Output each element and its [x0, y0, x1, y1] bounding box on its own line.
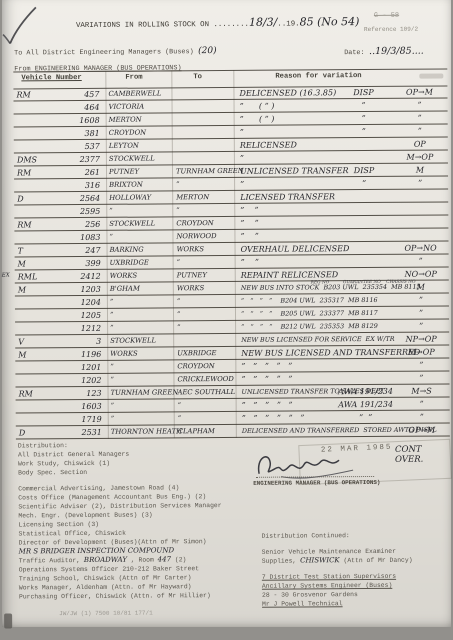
- vehicle-class-cell: RM: [17, 167, 31, 178]
- handwritten-note: MR S BRIDGER INSPECTION COMPOUND: [19, 546, 174, 555]
- vehicle-number-cell: 2595: [42, 206, 100, 217]
- status-cell: OP: [394, 138, 446, 149]
- continued-over-note: CONT OVER.: [395, 444, 452, 464]
- vehicle-number-cell: 261: [42, 167, 100, 178]
- col-header-reason: Reason for variation: [275, 72, 361, 81]
- distribution-line: Supplies, CHISWICK (Attn of Mr Dancy): [262, 556, 413, 566]
- from-cell: MERTON: [109, 114, 171, 125]
- distribution-line: Distribution Continued:: [262, 531, 413, 541]
- code-cell: ” ”: [338, 412, 394, 423]
- typed-text: Distribution:: [18, 442, 68, 449]
- status-cell: ”: [396, 398, 448, 409]
- reference-text: Reference 109/2: [364, 26, 418, 33]
- to-cell: ”: [176, 205, 234, 216]
- distribution-list: Distribution:All District General Manage…: [18, 440, 222, 601]
- to-cell: CRICKLEWOOD: [177, 374, 235, 385]
- from-cell: ”: [111, 400, 173, 411]
- vehicle-class-cell: V: [18, 336, 24, 347]
- typed-text: Works Manager, Aldenham (Attn. of Mr Hay…: [19, 583, 192, 591]
- typed-text: Costs Office (Management Accountant Bus …: [18, 493, 206, 501]
- title-date-handwritten: 18/3/: [249, 16, 278, 29]
- from-cell: ”: [110, 296, 172, 307]
- typed-text: Body Spec. Section: [18, 469, 87, 476]
- vehicle-class-cell: RM: [19, 388, 33, 399]
- typed-text: Work Study, Chiswick (1): [18, 460, 110, 468]
- from-cell: B'GHAM: [110, 283, 172, 294]
- date-line: Date: ..19/3/85....: [344, 41, 424, 60]
- vehicle-number-cell: 1719: [44, 414, 102, 425]
- to-cell: TURNHAM GREEN: [176, 166, 234, 177]
- typed-text: Statistical Office, Chiswick: [19, 530, 126, 538]
- handwritten-note: BROADWAY: [84, 556, 127, 564]
- from-cell: CROYDON: [109, 127, 171, 138]
- typed-text: Scientific Adviser (2), Distribution Ser…: [18, 502, 221, 510]
- vehicle-class-cell: D: [17, 193, 23, 204]
- title-line: VARIATIONS IN ROLLING STOCK ON ........1…: [76, 12, 360, 32]
- distribution-continued-list: Distribution Continued:Senior Vehicle Ma…: [262, 531, 413, 609]
- status-cell: ”: [396, 411, 448, 422]
- to-cell: UXBRIDGE: [177, 348, 235, 359]
- vehicle-number-cell: 1203: [43, 284, 101, 295]
- scan-edge-artifact: [4, 614, 12, 629]
- handwritten-note: 447: [158, 555, 171, 563]
- typed-text: Commercial Advertising, Jamestown Road (…: [18, 484, 179, 492]
- vehicle-class-cell: M: [18, 258, 26, 269]
- vehicle-number-cell: 2377: [42, 154, 100, 165]
- to-cell: CROYDON: [177, 361, 235, 372]
- vehicle-class-cell: T: [18, 245, 23, 256]
- to-cell: CLAPHAM: [178, 426, 236, 437]
- to-cell: MERTON: [176, 192, 234, 203]
- from-cell: VICTORIA: [109, 101, 171, 112]
- from-cell: WORKS: [110, 348, 172, 359]
- vehicle-number-cell: 1603: [44, 401, 102, 412]
- typed-text: Senior Vehicle Maintenance Examiner: [262, 548, 396, 556]
- vehicle-number-cell: 3: [43, 336, 101, 347]
- vehicle-number-cell: 1196: [43, 349, 101, 360]
- date-value-handwritten: ..19/3/85....: [369, 46, 424, 57]
- vehicle-number-cell: 457: [41, 89, 99, 100]
- vehicle-number-cell: 1204: [43, 297, 101, 308]
- vehicle-number-cell: 381: [42, 128, 100, 139]
- status-cell: ”: [394, 99, 446, 110]
- signer-title: ENGINEERING MANAGER (BUS OPERATIONS): [253, 479, 380, 487]
- title-year-prefix: ..19.: [277, 20, 299, 28]
- col-header-from: From: [125, 74, 142, 82]
- vehicle-class-cell: M: [18, 284, 26, 295]
- status-cell: ”: [395, 307, 447, 318]
- to-cell: PUTNEY: [177, 270, 235, 281]
- typed-text: Traffic Auditor,: [19, 557, 84, 564]
- vehicle-class-cell: D: [19, 427, 25, 438]
- vehicle-number-cell: 256: [42, 219, 100, 230]
- variations-table: RM457CAMBERWELLDELICENSED (16.3.85)DISPO…: [13, 84, 449, 439]
- from-cell: BARKING: [110, 244, 172, 255]
- code-cell: ”: [336, 126, 392, 137]
- status-cell: OP→NO: [395, 242, 447, 253]
- from-cell: ”: [111, 413, 173, 424]
- status-cell: M: [395, 281, 447, 292]
- from-cell: STOCKWELL: [110, 335, 172, 346]
- typed-text: , Room: [127, 556, 158, 563]
- typed-text: Director of Development (Buses)(Attn of …: [19, 538, 207, 546]
- from-cell: ”: [110, 309, 172, 320]
- vehicle-number-cell: 1608: [42, 115, 100, 126]
- typed-text: Ancillary Systems Engineer (Buses): [262, 582, 392, 590]
- table-row: D2531THORNTON HEATHCLAPHAMDELICENSED AND…: [16, 422, 450, 439]
- margin-note: EX: [2, 271, 10, 282]
- status-cell: ”: [395, 294, 447, 305]
- from-cell: PUTNEY: [109, 166, 171, 177]
- from-cell: ”: [109, 205, 171, 216]
- vehicle-number-cell: 464: [42, 102, 100, 113]
- vehicle-number-cell: 2564: [42, 193, 100, 204]
- status-cell: NP→OP: [395, 333, 447, 344]
- to-cell: NORWOOD: [176, 231, 234, 242]
- status-cell: ”: [395, 255, 447, 266]
- status-cell: ”: [395, 359, 447, 370]
- typed-text: Training School, Chiswick (Attn of Mr Ca…: [19, 574, 192, 582]
- footer-print-code: JW/JW (1) 7500 10/81 177/1: [59, 610, 153, 618]
- status-cell: ”: [395, 320, 447, 331]
- to-cell: ”: [177, 309, 235, 320]
- vehicle-class-cell: M: [18, 349, 26, 360]
- typed-text: Purchasing Officer, Chiswick (Attn. of M…: [19, 592, 211, 600]
- code-cell: AWA 191/234: [338, 399, 394, 410]
- typed-text: (2): [171, 556, 186, 563]
- vehicle-number-cell: 537: [42, 141, 100, 152]
- to-cell: WORKS: [177, 283, 235, 294]
- distribution-line: Purchasing Officer, Chiswick (Attn. of M…: [19, 591, 222, 601]
- typed-text: 7 District Test Station Supervisors: [262, 573, 396, 581]
- struck-code: G - 58: [374, 12, 399, 20]
- status-cell: OP→M: [396, 424, 448, 435]
- vehicle-number-cell: 1083: [42, 232, 100, 243]
- typed-text: Supplies,: [262, 557, 300, 564]
- from-cell: ”: [110, 361, 172, 372]
- to-cell: AEC SOUTHALL: [178, 387, 236, 398]
- from-cell: BRIXTON: [109, 179, 171, 190]
- status-cell: ”: [394, 177, 446, 188]
- code-cell: DISP: [336, 165, 392, 176]
- to-cell: ”: [177, 296, 235, 307]
- to-cell: ”: [177, 257, 235, 268]
- status-cell: ”: [394, 112, 446, 123]
- typed-text: All District General Managers: [18, 451, 129, 459]
- from-cell: CAMBERWELL: [108, 88, 170, 99]
- to-cell: ”: [178, 413, 236, 424]
- paper-sheet: VARIATIONS IN ROLLING STOCK ON ........1…: [2, 0, 451, 627]
- code-cell: DISP: [335, 87, 391, 98]
- typed-text: (Attn of Mr Dancy): [340, 557, 413, 565]
- code-cell: AWA 191/234: [338, 386, 394, 397]
- to-cell: CROYDON: [176, 218, 234, 229]
- vehicle-number-cell: 1205: [43, 310, 101, 321]
- to-cell: ”: [178, 400, 236, 411]
- vehicle-number-cell: 399: [43, 258, 101, 269]
- from-cell: LEYTON: [109, 140, 171, 151]
- status-cell: M→S: [396, 385, 448, 396]
- from-cell: ”: [110, 322, 172, 333]
- status-cell: M→OP: [395, 346, 447, 357]
- from-cell: ”: [110, 374, 172, 385]
- status-cell: ”: [395, 372, 447, 383]
- from-cell: THORNTON HEATH: [111, 426, 173, 437]
- from-cell: STOCKWELL: [109, 153, 171, 164]
- from-cell: HOLLOWAY: [109, 192, 171, 203]
- addressee-count-handwritten: (20): [198, 46, 217, 56]
- distribution-line: Mr J Powell Technical: [262, 599, 413, 609]
- title-number-handwritten: 85 (No 54): [300, 15, 360, 28]
- header-smudge: [419, 73, 443, 78]
- vehicle-class-cell: RM: [17, 219, 31, 230]
- title-text: VARIATIONS IN ROLLING STOCK ON ........: [76, 21, 249, 30]
- status-cell: OP→M: [393, 86, 445, 97]
- vehicle-number-cell: 2531: [44, 427, 102, 438]
- from-cell: WORKS: [110, 270, 172, 281]
- typed-text: 28 - 30 Grosvenor Gardens: [262, 591, 358, 599]
- vehicle-number-cell: 2412: [43, 271, 101, 282]
- scanned-document: VARIATIONS IN ROLLING STOCK ON ........1…: [0, 0, 453, 640]
- distribution-line: Body Spec. Section: [18, 467, 221, 477]
- from-cell: ”: [109, 231, 171, 242]
- from-cell: UXBRIDGE: [110, 257, 172, 268]
- vehicle-number-cell: 316: [42, 180, 100, 191]
- handwritten-note: CHISWICK: [300, 556, 340, 564]
- vehicle-class-cell: RML: [18, 271, 38, 282]
- status-cell: M→OP: [394, 151, 446, 162]
- col-header-to: To: [193, 73, 202, 81]
- vehicle-class-cell: DMS: [17, 154, 37, 165]
- from-cell: TURNHAM GREEN: [111, 387, 173, 398]
- to-cell: WORKS: [177, 244, 235, 255]
- vehicle-number-cell: 1212: [43, 323, 101, 334]
- vehicle-number-cell: 247: [43, 245, 101, 256]
- col-header-vehicle: Vehicle Number: [21, 74, 81, 82]
- status-cell: M: [394, 164, 446, 175]
- vehicle-class-cell: RM: [16, 89, 30, 100]
- typed-text: Mr J Powell Technical: [262, 600, 343, 608]
- vehicle-number-cell: 123: [44, 388, 102, 399]
- vehicle-number-cell: 1202: [43, 375, 101, 386]
- date-label: Date:: [344, 49, 364, 57]
- typed-text: Licensing Section (3): [18, 521, 99, 529]
- typed-text: Mech. Engr. (Development Buses) (3): [18, 512, 152, 520]
- typed-text: Distribution Continued:: [262, 532, 350, 540]
- typed-text: Operations Systems Officer 210-212 Baker…: [19, 565, 199, 573]
- from-cell: STOCKWELL: [109, 218, 171, 229]
- code-cell: ”: [336, 178, 392, 189]
- to-cell: ”: [177, 322, 235, 333]
- code-cell: ”: [336, 100, 392, 111]
- to-cell: ”: [176, 179, 234, 190]
- vehicle-number-cell: 1201: [43, 362, 101, 373]
- status-cell: ”: [394, 125, 446, 136]
- code-cell: ”: [336, 113, 392, 124]
